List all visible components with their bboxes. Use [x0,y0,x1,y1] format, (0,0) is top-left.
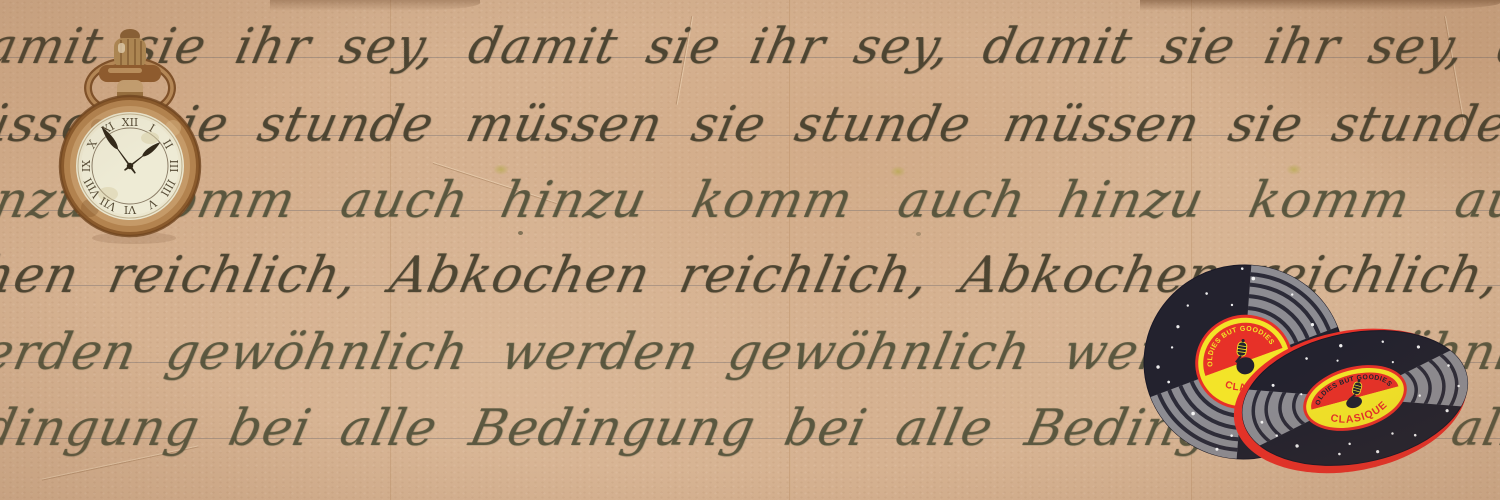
handwriting-phrase: hinzu komm auch [1053,171,1500,229]
handwriting-phrase: damit sie ihr sey, [463,18,990,75]
vinyl-records-icon: OLDIES BUT GOODIES CLASIQUE [1128,250,1500,500]
handwriting-phrase: Bedingung bei alle [465,399,1033,457]
ink-speck [518,231,523,235]
clock-numeral: VI [124,203,137,216]
clock-numeral: III [167,159,180,172]
handwriting-phrase: Bedingung bei alle [0,399,477,457]
clock-numeral: XII [122,116,139,129]
handwriting-phrase: werden gewöhnlich [496,323,1070,381]
handwriting-phrase: hinzu komm auch [496,171,1066,229]
clock-numeral: IX [80,160,93,172]
handwriting-phrase: müssen sie stunde [998,96,1500,153]
pocket-watch-icon: XII I II III IIII V VI VII VIII IX X XI [38,16,248,246]
paper-smudge [270,0,480,11]
handwriting-phrase: Abkochen reichlich, [385,246,969,304]
vintage-paper-banner: damit sie ihr sey,damit sie ihr sey,dami… [0,0,1500,500]
watch-hands-pivot [127,163,133,169]
handwriting-phrase: werden gewöhnlich [0,323,508,381]
handwriting-phrase: Abkochen reichlich, [0,246,397,304]
handwriting-phrase: damit sie ihr sey, [978,18,1500,75]
handwriting-phrase: müssen sie stunde [461,96,1010,153]
paper-smudge [1140,0,1500,11]
ink-speck [916,232,921,236]
